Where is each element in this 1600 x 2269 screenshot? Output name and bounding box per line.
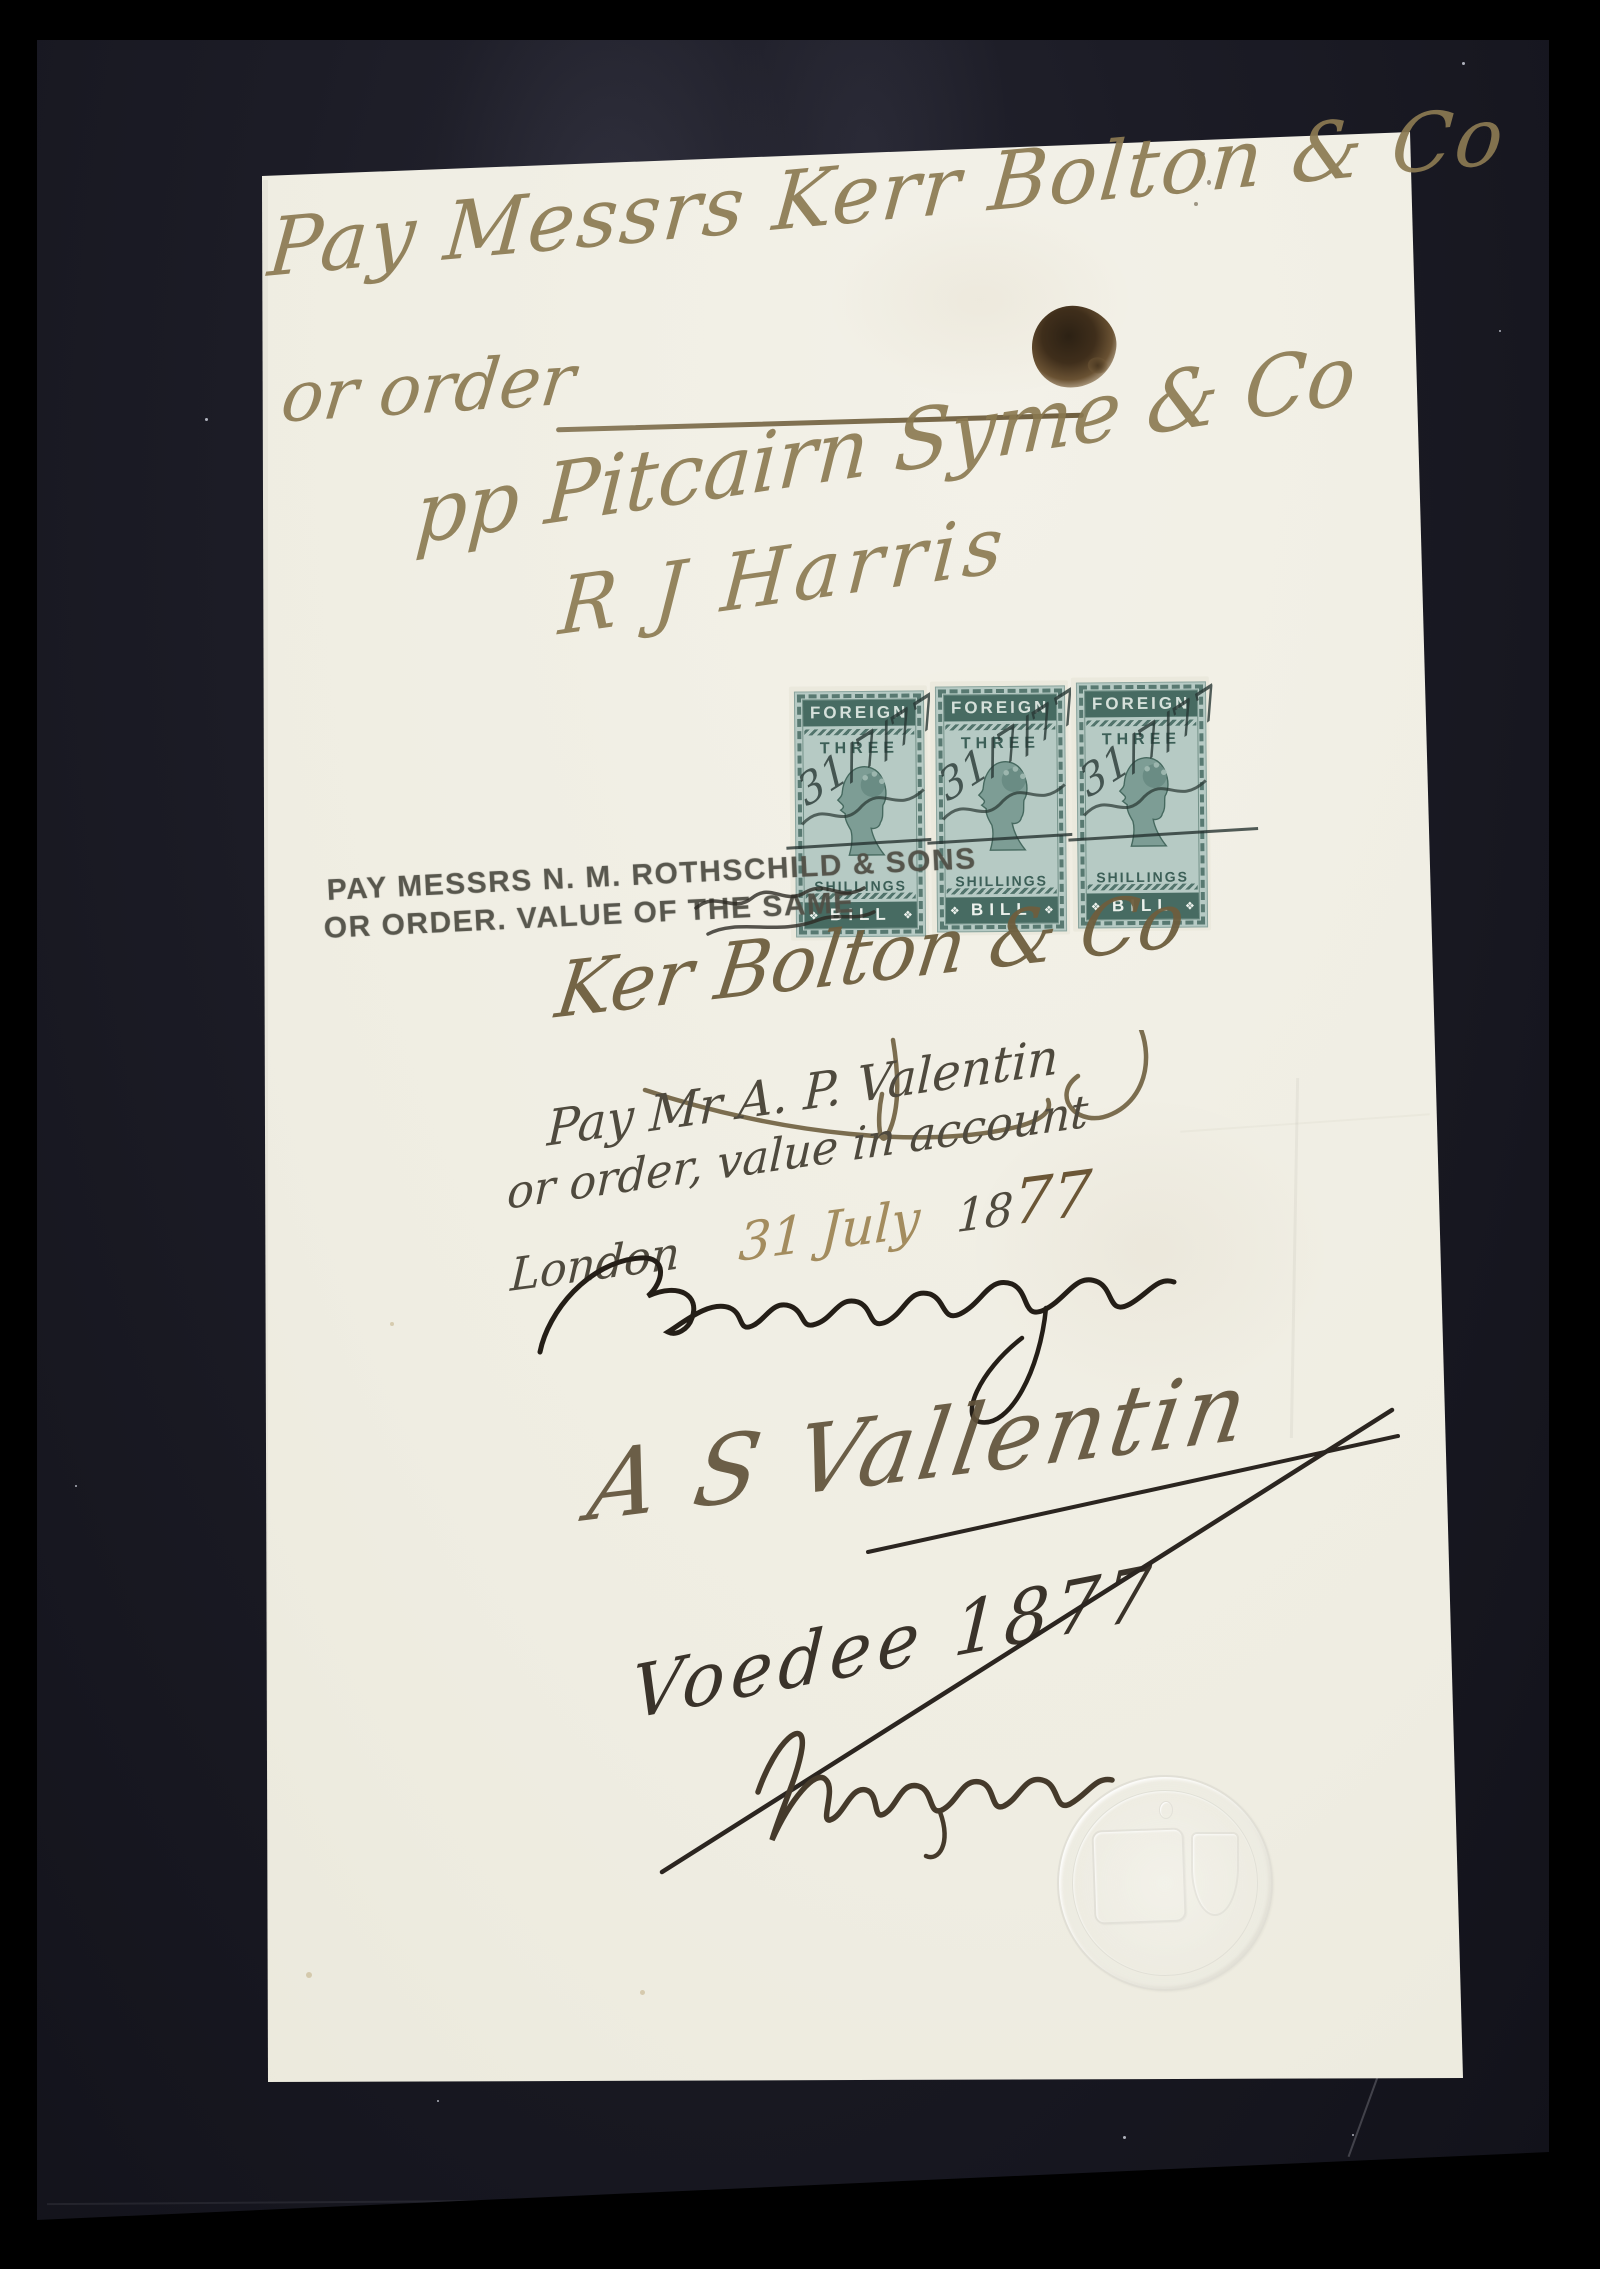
- dust-speck: [205, 418, 208, 421]
- dust-speck: [1352, 2134, 1354, 2136]
- dust-speck: [1462, 62, 1465, 65]
- embossed-seal: [1057, 1775, 1273, 1991]
- scratch-line: [47, 2193, 1517, 2205]
- date-year: 77: [1012, 1155, 1093, 1239]
- dust-speck: [437, 2100, 439, 2102]
- seal-shield: [1191, 1832, 1239, 1916]
- seal-cartouche: [1091, 1827, 1186, 1924]
- paper-crease: [1180, 1113, 1430, 1132]
- foxing-spot: [390, 1322, 394, 1326]
- dust-speck: [1499, 330, 1501, 332]
- seal-crest-mark: [1159, 1801, 1173, 1819]
- dust-speck: [75, 1485, 77, 1487]
- endorsement-line-2: or order: [278, 344, 579, 433]
- date-century: 18: [955, 1182, 1014, 1243]
- paper-crease: [1290, 1078, 1299, 1438]
- foxing-spot: [640, 1990, 645, 1995]
- dust-speck: [1123, 2136, 1126, 2139]
- foxing-spot: [306, 1972, 312, 1978]
- photo-frame: Pay Messrs Kerr Bolton & Co or order pp …: [0, 0, 1600, 2269]
